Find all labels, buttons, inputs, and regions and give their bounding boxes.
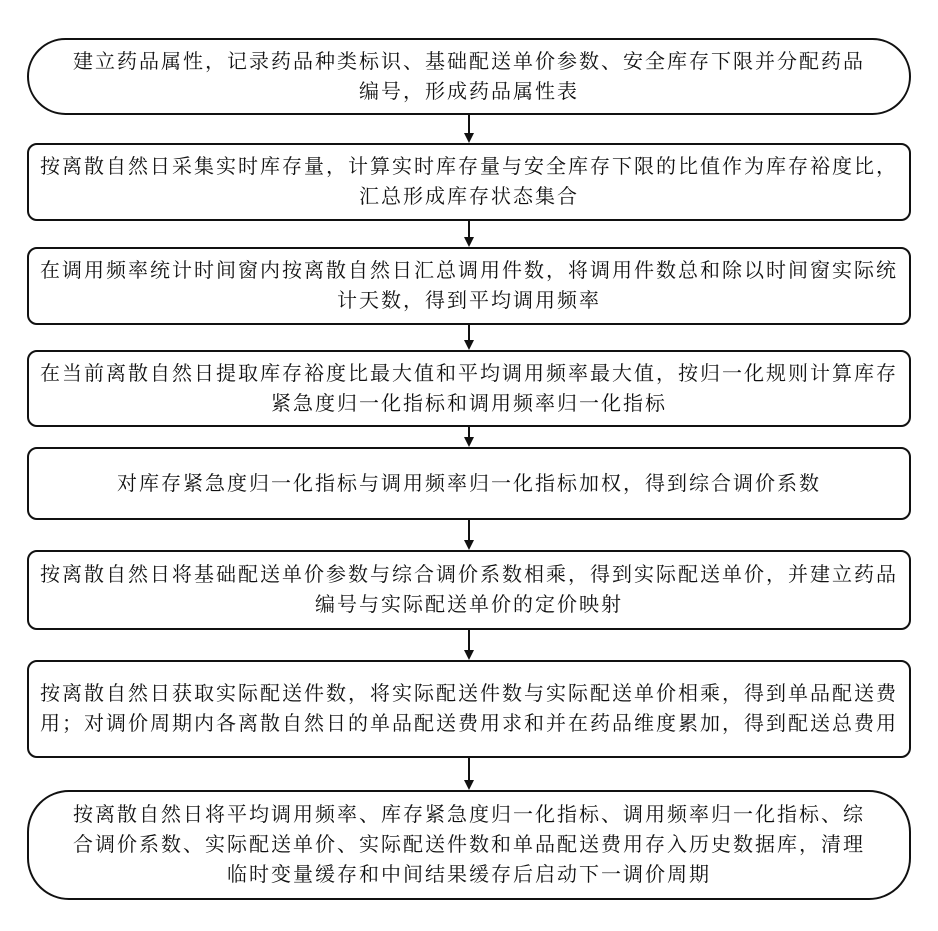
flow-node-step-3-text: 在调用频率统计时间窗内按离散自然日汇总调用件数，将调用件数总和除以时间窗实际统计… xyxy=(37,256,901,316)
flow-node-step-7-text: 按离散自然日获取实际配送件数，将实际配送件数与实际配送单价相乘，得到单品配送费用… xyxy=(37,679,901,739)
arrow-head-icon xyxy=(464,237,474,247)
arrow-shaft xyxy=(468,758,470,780)
arrow-head-icon xyxy=(464,540,474,550)
arrow-shaft xyxy=(468,221,470,237)
flowchart-canvas: 建立药品属性，记录药品种类标识、基础配送单价参数、安全库存下限并分配药品编号，形… xyxy=(0,0,938,931)
flow-node-step-3: 在调用频率统计时间窗内按离散自然日汇总调用件数，将调用件数总和除以时间窗实际统计… xyxy=(27,247,911,325)
flow-node-step-7: 按离散自然日获取实际配送件数，将实际配送件数与实际配送单价相乘，得到单品配送费用… xyxy=(27,660,911,758)
flow-node-step-8-text: 按离散自然日将平均调用频率、库存紧急度归一化指标、调用频率归一化指标、综合调价系… xyxy=(63,800,875,890)
arrow-shaft xyxy=(468,325,470,340)
flow-node-step-4-text: 在当前离散自然日提取库存裕度比最大值和平均调用频率最大值，按归一化规则计算库存紧… xyxy=(37,359,901,419)
arrow-head-icon xyxy=(464,437,474,447)
flow-connector-3 xyxy=(464,325,474,350)
flow-node-step-5-text: 对库存紧急度归一化指标与调用频率归一化指标加权，得到综合调价系数 xyxy=(117,469,821,499)
flow-node-step-1: 建立药品属性，记录药品种类标识、基础配送单价参数、安全库存下限并分配药品编号，形… xyxy=(27,38,911,115)
flow-node-step-1-text: 建立药品属性，记录药品种类标识、基础配送单价参数、安全库存下限并分配药品编号，形… xyxy=(63,47,875,107)
arrow-head-icon xyxy=(464,133,474,143)
flow-node-step-2: 按离散自然日采集实时库存量，计算实时库存量与安全库存下限的比值作为库存裕度比，汇… xyxy=(27,143,911,221)
arrow-shaft xyxy=(468,630,470,650)
arrow-shaft xyxy=(468,520,470,540)
flow-connector-4 xyxy=(464,427,474,447)
flow-node-step-5: 对库存紧急度归一化指标与调用频率归一化指标加权，得到综合调价系数 xyxy=(27,447,911,520)
flow-connector-6 xyxy=(464,630,474,660)
flow-node-step-8: 按离散自然日将平均调用频率、库存紧急度归一化指标、调用频率归一化指标、综合调价系… xyxy=(27,790,911,900)
arrow-shaft xyxy=(468,427,470,437)
flow-node-step-2-text: 按离散自然日采集实时库存量，计算实时库存量与安全库存下限的比值作为库存裕度比，汇… xyxy=(37,152,901,212)
flow-connector-2 xyxy=(464,221,474,247)
flow-node-step-6-text: 按离散自然日将基础配送单价参数与综合调价系数相乘，得到实际配送单价，并建立药品编… xyxy=(37,560,901,620)
arrow-head-icon xyxy=(464,780,474,790)
flow-connector-7 xyxy=(464,758,474,790)
flow-node-step-4: 在当前离散自然日提取库存裕度比最大值和平均调用频率最大值，按归一化规则计算库存紧… xyxy=(27,350,911,427)
arrow-head-icon xyxy=(464,340,474,350)
flow-node-step-6: 按离散自然日将基础配送单价参数与综合调价系数相乘，得到实际配送单价，并建立药品编… xyxy=(27,550,911,630)
arrow-shaft xyxy=(468,115,470,133)
flow-connector-1 xyxy=(464,115,474,143)
flow-connector-5 xyxy=(464,520,474,550)
arrow-head-icon xyxy=(464,650,474,660)
